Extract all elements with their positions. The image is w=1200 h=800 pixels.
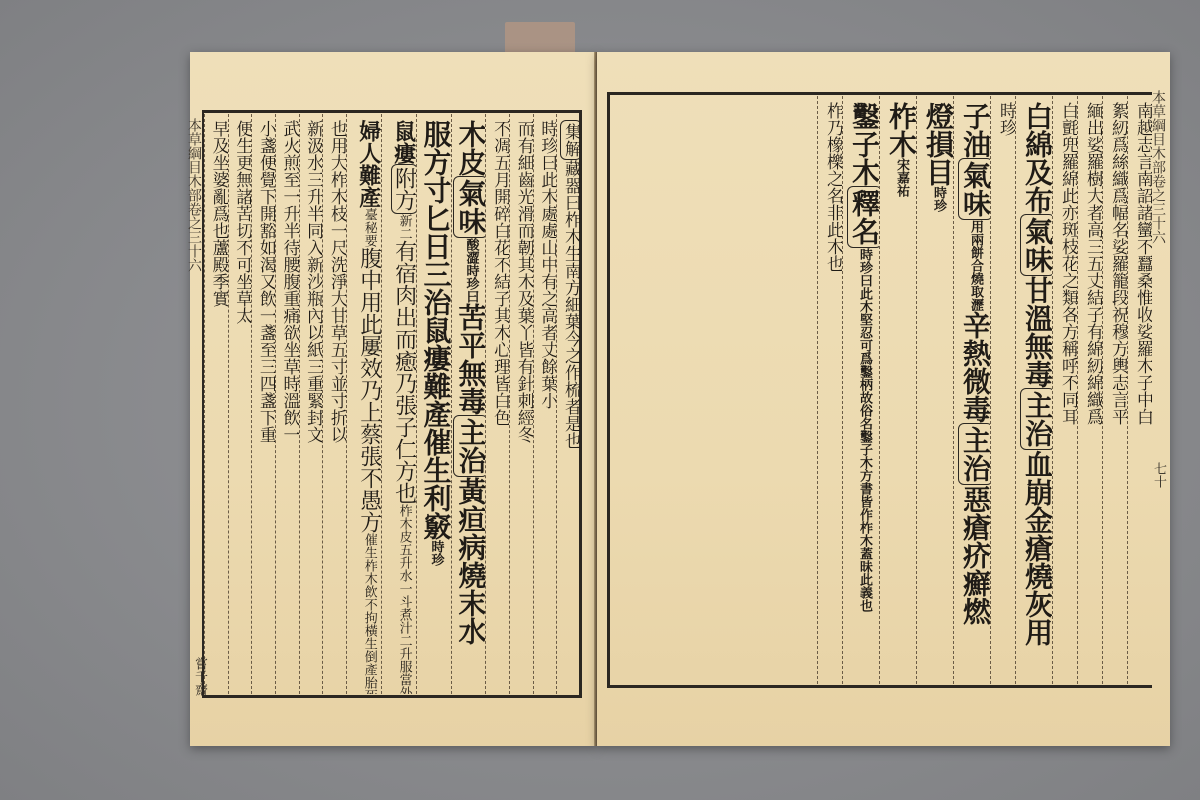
left-page-column-8: 婦人難產臺秘要腹中用此屢效乃上蔡張不愚方催生柞木飲不拘橫生倒產胎死 <box>346 114 381 694</box>
annotation: 臺秘要 <box>362 208 377 247</box>
right-page-column-6: 時珍 <box>990 96 1015 684</box>
right-page-column-2: 絮紉爲絲織爲幅名娑羅籠段祝穆方輿志言平 <box>1102 96 1127 684</box>
column-text: 武火煎至一升半待腰腹重痛欲坐草時溫飲一 <box>280 120 299 443</box>
left-page-column-1: 集解藏器曰柞木生南方細葉今之作梳者是也 <box>556 114 580 694</box>
column-text: 辛熱微毒 <box>959 311 990 423</box>
left-page-column-3: 而有細齒光滑而韌其木及葉丫皆有針刺經冬 <box>509 114 533 694</box>
column-text: 早及坐婆亂爲也 <box>209 120 228 239</box>
column-text: 血崩金瘡燒灰用 <box>1021 450 1052 646</box>
right-page-column-10: 鑿子木釋名時珍曰此木堅忍可爲鑿柄故俗名鑿子木方書皆作柞木蓋昧此義也 <box>842 96 879 684</box>
left-bottom-label: 嘗千齋 <box>190 657 209 696</box>
column-text: 時珍 <box>996 102 1015 136</box>
column-text: 治鼠瘻難產催生利竅 <box>420 288 451 540</box>
left-page-column-9: 也用大柞木枝一尺洗淨大甘草五寸並寸折以 <box>322 114 346 694</box>
column-text: 惡瘡疥癬燃 <box>959 485 990 625</box>
left-page-column-6: 服方寸匕日三治鼠瘻難產催生利竅時珍 <box>416 114 451 694</box>
column-text: 柞乃橡櫟之名非此木也 <box>823 102 842 272</box>
left-page-column-14: 早及坐婆亂爲也蘆殿季實 <box>204 114 228 694</box>
entry-heading: 子油 <box>959 102 990 158</box>
column-text: 黃疸病燒末水 <box>454 477 485 645</box>
column-text: 服方寸匕日三 <box>420 120 451 288</box>
column-text: 時珍曰此木處處山中有之高者丈餘葉小 <box>537 120 556 409</box>
left-page-column-7: 鼠瘻附方新二有宿肉出而癒乃張子仁方也柞木皮五升水一斗煮汁二升服當外 <box>381 114 416 694</box>
column-text: 緬出娑羅樹大者高三五丈結子有綿紉綿織爲 <box>1083 102 1102 425</box>
annotation: 時珍曰此木堅忍可爲鑿柄故俗名鑿子木方書皆作柞木蓋昧此義也 <box>857 248 872 612</box>
right-page-columns: 南越志言南詔諸蠻不蠶桑惟收娑羅木子中白絮紉爲絲織爲幅名娑羅籠段祝穆方輿志言平緬出… <box>609 96 1152 684</box>
column-text: 白氈兜羅綿此亦斑枝花之類各方稱呼不同耳 <box>1058 102 1077 425</box>
column-text: 腹中用此屢效乃上蔡張不愚方 <box>357 247 381 533</box>
entry-heading: 白綿及布 <box>1021 102 1052 214</box>
column-text: 有宿肉出而癒乃張子仁方也 <box>392 240 416 504</box>
column-text: 藏器曰柞木生南方細葉今之作梳者是也 <box>561 160 580 449</box>
section-marker: 氣味 <box>1020 214 1052 276</box>
column-text: 新汲水三升半同入新沙瓶內以紙三重緊封文 <box>303 120 322 443</box>
column-text: 便生更無諸苦切不可坐草太 <box>232 120 251 324</box>
column-text: 蘆殿季實 <box>209 239 228 307</box>
column-text: 絮紉爲絲織爲幅名娑羅籠段祝穆方輿志言平 <box>1108 102 1127 425</box>
entry-heading: 柞木 <box>885 102 916 158</box>
column-text: 小盞便覺下開豁如渴又飲一盞至三四盞下重 <box>256 120 275 443</box>
right-page-column-8: 燈損目時珍 <box>916 96 953 684</box>
section-marker: 釋名 <box>847 186 879 248</box>
column-text: 苦平無毒 <box>454 303 485 415</box>
left-page-columns: 集解藏器曰柞木生南方細葉今之作梳者是也時珍曰此木處處山中有之高者丈餘葉小而有細齒… <box>204 114 580 694</box>
right-page: 南越志言南詔諸蠻不蠶桑惟收娑羅木子中白絮紉爲絲織爲幅名娑羅籠段祝穆方輿志言平緬出… <box>597 52 1170 746</box>
section-marker: 主治 <box>1020 388 1052 450</box>
column-text: 不凋五月開碎白花不結子其木心理皆白色 <box>490 120 509 426</box>
column-text: 而有細齒光滑而韌其木及葉丫皆有針刺經冬 <box>514 120 533 443</box>
section-marker: 附方 <box>391 164 416 214</box>
section-marker: 主治 <box>958 423 990 485</box>
left-page-column-12: 小盞便覺下開豁如渴又飲一盞至三四盞下重 <box>251 114 275 694</box>
book-spread: 本草綱目木部卷之三十六 集解藏器曰柞木生南方細葉今之作梳者是也時珍曰此木處處山中… <box>190 52 1170 746</box>
right-title-strip: 本草綱目木部卷之三十六 <box>1154 90 1168 244</box>
annotation: 酸澀時珍曰 <box>463 238 478 303</box>
section-marker: 集解 <box>560 120 580 160</box>
right-page-column-11: 柞乃橡櫟之名非此木也 <box>817 96 842 684</box>
left-page-column-10: 新汲水三升半同入新沙瓶內以紙三重緊封文 <box>299 114 323 694</box>
left-page-column-11: 武火煎至一升半待腰腹重痛欲坐草時溫飲一 <box>275 114 299 694</box>
right-page-column-9: 柞木宋嘉祐 <box>879 96 916 684</box>
annotation: 催生柞木飲不拘橫生倒產胎死 <box>362 533 377 694</box>
right-page-number: 七十 <box>1149 462 1168 488</box>
column-text: 也用大柞木枝一尺洗淨大甘草五寸並寸折以 <box>327 120 346 443</box>
left-page-column-4: 不凋五月開碎白花不結子其木心理皆白色 <box>485 114 509 694</box>
annotation: 時珍 <box>931 186 946 212</box>
left-page-column-13: 便生更無諸苦切不可坐草太 <box>228 114 252 694</box>
section-marker: 氣味 <box>453 176 485 238</box>
annotation: 用兩餅合燒取瀝 <box>968 220 983 311</box>
annotation: 時珍 <box>429 540 444 566</box>
section-marker: 主治 <box>453 415 485 477</box>
left-page-column-5: 木皮氣味酸澀時珍曰苦平無毒主治黃疸病燒末水 <box>451 114 486 694</box>
entry-heading: 鑿子木 <box>848 102 879 186</box>
right-page-column-5: 白綿及布氣味甘溫無毒主治血崩金瘡燒灰用 <box>1015 96 1052 684</box>
entry-heading: 燈損目 <box>922 102 953 186</box>
annotation: 宋嘉祐 <box>894 158 909 197</box>
annotation: 柞木皮五升水一斗煮汁二升服當外 <box>397 504 412 694</box>
right-page-column-7: 子油氣味用兩餅合燒取瀝辛熱微毒主治惡瘡疥癬燃 <box>953 96 990 684</box>
entry-heading: 木皮 <box>454 120 485 176</box>
right-page-column-4: 白氈兜羅綿此亦斑枝花之類各方稱呼不同耳 <box>1052 96 1077 684</box>
entry-heading: 婦人難產 <box>356 120 381 208</box>
right-page-column-3: 緬出娑羅樹大者高三五丈結子有綿紉綿織爲 <box>1077 96 1102 684</box>
column-text: 甘溫無毒 <box>1021 276 1052 388</box>
left-page: 本草綱目木部卷之三十六 集解藏器曰柞木生南方細葉今之作梳者是也時珍曰此木處處山中… <box>190 52 597 746</box>
left-page-column-2: 時珍曰此木處處山中有之高者丈餘葉小 <box>533 114 557 694</box>
annotation: 新二 <box>397 214 412 240</box>
section-marker: 氣味 <box>958 158 990 220</box>
entry-heading: 鼠瘻 <box>391 120 416 164</box>
